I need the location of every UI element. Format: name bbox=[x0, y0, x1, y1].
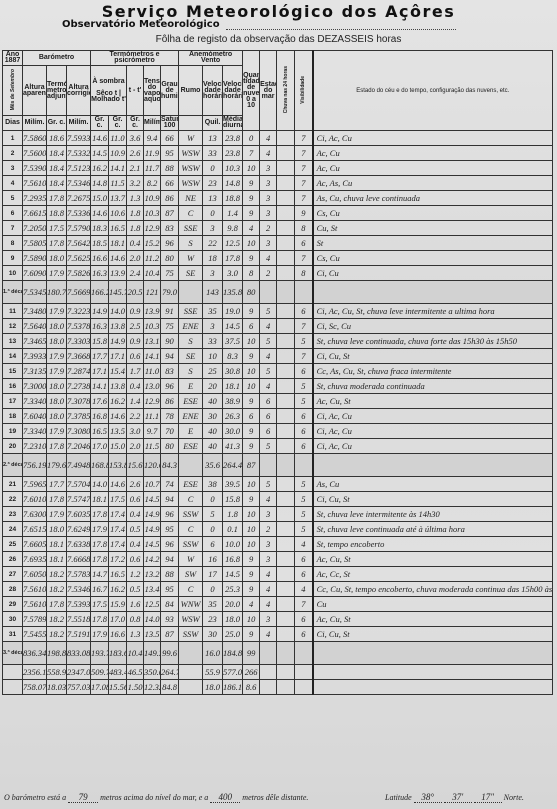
cell-rain bbox=[277, 477, 295, 492]
wind-direction-header: Rumo bbox=[179, 66, 203, 116]
total-cell bbox=[260, 680, 277, 695]
cell-t: 17.9 bbox=[47, 424, 67, 439]
cell-s: 16.2 bbox=[91, 161, 109, 176]
sum-cell bbox=[277, 281, 295, 304]
cell-md: 23.8 bbox=[223, 146, 243, 161]
cell-h: 75 bbox=[161, 319, 179, 334]
cell-s: 17.6 bbox=[91, 394, 109, 409]
cell-m: 14.6 bbox=[109, 477, 127, 492]
cell-md: 25.3 bbox=[223, 582, 243, 597]
total-cell: 2347.0 bbox=[67, 665, 91, 680]
cell-c: 7.5642 bbox=[67, 236, 91, 251]
cell-m: 17.1 bbox=[109, 349, 127, 364]
total-cell: 186.1 bbox=[223, 680, 243, 695]
cell-m: 13.9 bbox=[109, 266, 127, 281]
cell-dt: 3.0 bbox=[127, 424, 144, 439]
cell-r: E bbox=[179, 379, 203, 394]
cell-t: 18.1 bbox=[47, 552, 67, 567]
cell-dt: 2.0 bbox=[127, 251, 144, 266]
cell-v: 11.1 bbox=[144, 409, 161, 424]
cell-h: 94 bbox=[161, 349, 179, 364]
cell-t: 18.0 bbox=[47, 319, 67, 334]
unit-gr: Gr. c. bbox=[47, 116, 67, 131]
cell-h: 74 bbox=[161, 477, 179, 492]
cell-mar: 5 bbox=[260, 364, 277, 379]
sky-remarks: Ci, Ac, Cu bbox=[313, 439, 553, 454]
apparent-height-header: Altura aparente bbox=[23, 66, 47, 116]
day-number: 12 bbox=[3, 319, 23, 334]
cell-n: 0 bbox=[243, 131, 260, 146]
total-cell: 558.9 bbox=[47, 665, 67, 680]
cell-md: 0.1 bbox=[223, 522, 243, 537]
decade-2-summary: 2.ª década756.190179.67.4948.5168.8153.8… bbox=[3, 454, 553, 477]
sky-remarks: Ac, Cu, St bbox=[313, 552, 553, 567]
cell-a: 7.6615 bbox=[23, 206, 47, 221]
cell-n: 10 bbox=[243, 364, 260, 379]
unit-gr: Gr. c. bbox=[109, 116, 127, 131]
cell-vel: 10 bbox=[203, 349, 223, 364]
cell-md: 25.0 bbox=[223, 627, 243, 642]
cell-visibility: 4 bbox=[295, 537, 313, 552]
cell-h: 96 bbox=[161, 507, 179, 522]
cell-rain bbox=[277, 191, 295, 206]
latitude-seconds: 17" bbox=[474, 792, 502, 803]
cell-r: SSE bbox=[179, 304, 203, 319]
cell-mar: 3 bbox=[260, 236, 277, 251]
table-row: 107.609017.97.582616.313.92.410.475SE33.… bbox=[3, 266, 553, 281]
cell-s: 17.0 bbox=[91, 439, 109, 454]
cell-t: 18.4 bbox=[47, 161, 67, 176]
cell-n: 9 bbox=[243, 582, 260, 597]
cell-s: 16.3 bbox=[91, 319, 109, 334]
cell-r: ENE bbox=[179, 409, 203, 424]
cell-c: 7.3223 bbox=[67, 304, 91, 319]
day-number: 31 bbox=[3, 627, 23, 642]
cell-rain bbox=[277, 364, 295, 379]
unit-saturation: Saturação 100 bbox=[161, 116, 179, 131]
cell-s: 14.9 bbox=[91, 304, 109, 319]
cell-v: 14.9 bbox=[144, 507, 161, 522]
cell-v: 8.2 bbox=[144, 176, 161, 191]
cell-a: 7.3933 bbox=[23, 349, 47, 364]
cell-v: 11.0 bbox=[144, 364, 161, 379]
hourly-speed-2-header: Veloci-dade horária bbox=[223, 66, 243, 116]
cell-m: 14.6 bbox=[109, 409, 127, 424]
sky-remarks: Ci, Cu, St bbox=[313, 627, 553, 642]
cell-t: 18.4 bbox=[47, 176, 67, 191]
cell-r: SSW bbox=[179, 507, 203, 522]
cell-visibility: 5 bbox=[295, 477, 313, 492]
sum-cell: 184.8 bbox=[223, 642, 243, 665]
cell-t: 18.0 bbox=[47, 394, 67, 409]
table-row: 207.231017.87.204617.015.02.011.580ESE40… bbox=[3, 439, 553, 454]
sky-remarks: Ac, As, Cu bbox=[313, 176, 553, 191]
cell-vel: 6 bbox=[203, 537, 223, 552]
cell-rain bbox=[277, 552, 295, 567]
cell-mar: 4 bbox=[260, 251, 277, 266]
cell-v: 14.5 bbox=[144, 537, 161, 552]
cell-r: SSW bbox=[179, 537, 203, 552]
table-row: 297.561017.87.539317.515.91.612.584WNW35… bbox=[3, 597, 553, 612]
sum-cell: 20.5 bbox=[127, 281, 144, 304]
cell-s: 14.0 bbox=[91, 477, 109, 492]
sum-cell: 166.2 bbox=[91, 281, 109, 304]
cell-vel: 0 bbox=[203, 522, 223, 537]
sum-cell: 153.8 bbox=[109, 454, 127, 477]
cell-vel: 3 bbox=[203, 221, 223, 236]
cell-h: 87 bbox=[161, 206, 179, 221]
cell-a: 7.2935 bbox=[23, 191, 47, 206]
total-cell: 2356.1 bbox=[23, 665, 47, 680]
cell-mar: 3 bbox=[260, 507, 277, 522]
cell-md: 10.0 bbox=[223, 537, 243, 552]
cell-mar: 4 bbox=[260, 379, 277, 394]
cell-t: 18.0 bbox=[47, 379, 67, 394]
observation-sheet: Serviço Meteorológico dos Açôres Observa… bbox=[0, 0, 557, 809]
cell-a: 7.5390 bbox=[23, 161, 47, 176]
altitude-value: 79 bbox=[68, 792, 98, 803]
cell-dt: 1.6 bbox=[127, 597, 144, 612]
table-row: 197.334017.97.308016.513.53.09.770E4030.… bbox=[3, 424, 553, 439]
total-cell: 55.9 bbox=[203, 665, 223, 680]
cell-visibility: 5 bbox=[295, 522, 313, 537]
cell-vel: 23 bbox=[203, 612, 223, 627]
total-remarks bbox=[313, 665, 553, 680]
barometer-location-note: O barómetro está a 79 metros acima do ní… bbox=[4, 792, 308, 803]
cell-r: E bbox=[179, 424, 203, 439]
cell-dt: 2.0 bbox=[127, 439, 144, 454]
sum-cell: 193.7 bbox=[91, 642, 109, 665]
cell-a: 7.5640 bbox=[23, 319, 47, 334]
cell-vel: 40 bbox=[203, 424, 223, 439]
cell-n: 9 bbox=[243, 394, 260, 409]
barometer-header: Barómetro bbox=[23, 51, 91, 66]
cell-md: 18.0 bbox=[223, 612, 243, 627]
cell-visibility: 7 bbox=[295, 319, 313, 334]
cell-h: 96 bbox=[161, 379, 179, 394]
cell-a: 7.3135 bbox=[23, 364, 47, 379]
cell-visibility: 7 bbox=[295, 251, 313, 266]
cell-visibility: 7 bbox=[295, 597, 313, 612]
cell-vel: 30 bbox=[203, 627, 223, 642]
cell-v: 11.7 bbox=[144, 161, 161, 176]
cell-md: 16.8 bbox=[223, 552, 243, 567]
cell-vel: 5 bbox=[203, 507, 223, 522]
cell-visibility: 6 bbox=[295, 409, 313, 424]
table-row: 257.660518.17.633817.817.40.414.596SSW61… bbox=[3, 537, 553, 552]
sky-remarks: St, chuva leve intermitente às 14h30 bbox=[313, 507, 553, 522]
cell-dt: 2.5 bbox=[127, 319, 144, 334]
table-row: 227.601017.87.574718.117.50.614.594C015.… bbox=[3, 492, 553, 507]
day-number: 14 bbox=[3, 349, 23, 364]
cell-dt: 1.8 bbox=[127, 221, 144, 236]
cell-md: 14.5 bbox=[223, 567, 243, 582]
cell-h: 94 bbox=[161, 492, 179, 507]
cell-md: 14.8 bbox=[223, 176, 243, 191]
cell-v: 13.2 bbox=[144, 567, 161, 582]
cell-r: S bbox=[179, 236, 203, 251]
cell-v: 10.3 bbox=[144, 319, 161, 334]
cell-a: 7.6605 bbox=[23, 537, 47, 552]
cell-n: 6 bbox=[243, 409, 260, 424]
cell-mar: 4 bbox=[260, 597, 277, 612]
cell-vel: 38 bbox=[203, 477, 223, 492]
cell-s: 17.8 bbox=[91, 552, 109, 567]
cell-md: 30.8 bbox=[223, 364, 243, 379]
cell-mar: 4 bbox=[260, 349, 277, 364]
cell-m: 17.5 bbox=[109, 492, 127, 507]
cell-md: 17.8 bbox=[223, 251, 243, 266]
sky-remarks: Ci, Ac, Cu bbox=[313, 409, 553, 424]
cell-vel: 33 bbox=[203, 334, 223, 349]
cell-vel: 30 bbox=[203, 409, 223, 424]
cell-v: 12.5 bbox=[144, 597, 161, 612]
cell-vel: 13 bbox=[203, 191, 223, 206]
cell-c: 7.2046 bbox=[67, 439, 91, 454]
cell-h: 95 bbox=[161, 146, 179, 161]
cell-m: 10.6 bbox=[109, 206, 127, 221]
cell-m: 14.6 bbox=[109, 251, 127, 266]
day-number: 1 bbox=[3, 131, 23, 146]
cell-r: C bbox=[179, 522, 203, 537]
cell-m: 15.9 bbox=[109, 597, 127, 612]
cell-m: 16.6 bbox=[109, 627, 127, 642]
cell-md: 23.8 bbox=[223, 131, 243, 146]
sky-remarks: Ci, Cu bbox=[313, 266, 553, 281]
sum-cell: 84.3 bbox=[161, 454, 179, 477]
cell-vel: 20 bbox=[203, 379, 223, 394]
cell-c: 7.3080 bbox=[67, 424, 91, 439]
year-header: Ano1887 bbox=[3, 51, 23, 66]
cell-c: 7.5625 bbox=[67, 251, 91, 266]
cell-a: 7.6300 bbox=[23, 507, 47, 522]
day-number: 13 bbox=[3, 334, 23, 349]
cell-m: 17.2 bbox=[109, 552, 127, 567]
table-row: 27.560018.47.533214.510.92.611.995WSW332… bbox=[3, 146, 553, 161]
cell-t: 18.8 bbox=[47, 206, 67, 221]
cell-visibility: 5 bbox=[295, 379, 313, 394]
decade-label: 2.ª década bbox=[3, 454, 23, 477]
cell-n: 6 bbox=[243, 319, 260, 334]
unit-gr: Gr. c. bbox=[91, 116, 109, 131]
cell-h: 66 bbox=[161, 176, 179, 191]
sky-remarks: Cu bbox=[313, 597, 553, 612]
cell-rain bbox=[277, 567, 295, 582]
sum-cell bbox=[295, 281, 313, 304]
table-row: 77.205017.57.579018.316.51.812.983SSE39.… bbox=[3, 221, 553, 236]
cell-t: 18.0 bbox=[47, 522, 67, 537]
cell-a: 7.5860 bbox=[23, 131, 47, 146]
cell-s: 16.3 bbox=[91, 266, 109, 281]
cell-c: 7.5346 bbox=[67, 176, 91, 191]
cell-mar: 5 bbox=[260, 334, 277, 349]
cell-v: 13.9 bbox=[144, 304, 161, 319]
cell-v: 14.9 bbox=[144, 522, 161, 537]
cell-m: 10.9 bbox=[109, 146, 127, 161]
day-number: 2 bbox=[3, 146, 23, 161]
table-row: 217.596517.77.570414.014.62.610.774ESE38… bbox=[3, 477, 553, 492]
cell-rain bbox=[277, 221, 295, 236]
month-total-row: 2356.1558.92347.0509.7483.446.5350.0264.… bbox=[3, 665, 553, 680]
cell-dt: 0.4 bbox=[127, 236, 144, 251]
sum-cell: 99.6 bbox=[161, 642, 179, 665]
table-row: 47.561018.47.534614.811.53.28.266WSW2314… bbox=[3, 176, 553, 191]
sum-cell: 756.190 bbox=[23, 454, 47, 477]
cell-rain bbox=[277, 597, 295, 612]
day-number: 15 bbox=[3, 364, 23, 379]
cell-m: 15.4 bbox=[109, 364, 127, 379]
unit-mm: Milím. bbox=[144, 116, 161, 131]
cell-rain bbox=[277, 251, 295, 266]
cell-h: 84 bbox=[161, 597, 179, 612]
cell-s: 14.6 bbox=[91, 206, 109, 221]
sky-remarks: Ac, Cc, St bbox=[313, 567, 553, 582]
table-row: 67.661518.87.533614.610.61.810.387C01.49… bbox=[3, 206, 553, 221]
cell-c: 7.2874 bbox=[67, 364, 91, 379]
cell-s: 15.8 bbox=[91, 334, 109, 349]
day-number: 18 bbox=[3, 409, 23, 424]
cell-m: 16.2 bbox=[109, 582, 127, 597]
sky-remarks: Cc, Cu, St, tempo encoberto, chuva moder… bbox=[313, 582, 553, 597]
cell-n: 9 bbox=[243, 349, 260, 364]
cell-rain bbox=[277, 537, 295, 552]
cell-r: C bbox=[179, 582, 203, 597]
cell-c: 7.3078 bbox=[67, 394, 91, 409]
sky-remarks: Ci, Sc, Cu bbox=[313, 319, 553, 334]
cell-t: 18.2 bbox=[47, 567, 67, 582]
cell-visibility: 9 bbox=[295, 206, 313, 221]
cell-rain bbox=[277, 627, 295, 642]
sum-remarks bbox=[313, 642, 553, 665]
cell-dt: 3.2 bbox=[127, 176, 144, 191]
cell-s: 14.8 bbox=[91, 176, 109, 191]
cell-r: W bbox=[179, 131, 203, 146]
clouds-header: Quan-tidade de nuvens 0 a 10 bbox=[243, 51, 260, 131]
table-row: 117.348017.97.322314.914.00.913.991SSE35… bbox=[3, 304, 553, 319]
cell-v: 14.1 bbox=[144, 349, 161, 364]
cell-dt: 0.4 bbox=[127, 537, 144, 552]
cell-n: 9 bbox=[243, 567, 260, 582]
table-row: 147.393317.97.366817.717.10.614.194SE108… bbox=[3, 349, 553, 364]
cell-rain bbox=[277, 349, 295, 364]
cell-dt: 0.9 bbox=[127, 334, 144, 349]
cell-vel: 35 bbox=[203, 597, 223, 612]
unit-mm: Milím. bbox=[23, 116, 47, 131]
humidity-header: Grau de humidade bbox=[161, 66, 179, 116]
cell-r: SE bbox=[179, 349, 203, 364]
cell-a: 7.5890 bbox=[23, 251, 47, 266]
cell-vel: 40 bbox=[203, 394, 223, 409]
cell-t: 17.8 bbox=[47, 597, 67, 612]
cell-dt: 1.4 bbox=[127, 394, 144, 409]
total-cell: 8.6 bbox=[243, 680, 260, 695]
cell-h: 96 bbox=[161, 537, 179, 552]
cell-h: 94 bbox=[161, 552, 179, 567]
day-number: 19 bbox=[3, 424, 23, 439]
cell-t: 17.8 bbox=[47, 191, 67, 206]
cell-md: 20.0 bbox=[223, 597, 243, 612]
hourly-speed-header: Veloci-dade horária bbox=[203, 66, 223, 116]
day-number: 22 bbox=[3, 492, 23, 507]
cell-m: 17.4 bbox=[109, 537, 127, 552]
cell-a: 7.3340 bbox=[23, 424, 47, 439]
cell-r: S bbox=[179, 334, 203, 349]
sky-remarks: As, Cu, chuva leve continuada bbox=[313, 191, 553, 206]
cell-a: 7.3000 bbox=[23, 379, 47, 394]
cell-visibility: 6 bbox=[295, 612, 313, 627]
cell-rain bbox=[277, 582, 295, 597]
cell-s: 16.7 bbox=[91, 582, 109, 597]
sky-remarks: Ac, Cu bbox=[313, 161, 553, 176]
latitude-minutes: 37' bbox=[444, 792, 472, 803]
table-row: 187.604018.07.378516.814.62.211.178ENE30… bbox=[3, 409, 553, 424]
sky-remarks: St bbox=[313, 236, 553, 251]
cell-t: 18.0 bbox=[47, 251, 67, 266]
cell-rain bbox=[277, 304, 295, 319]
cell-a: 7.6010 bbox=[23, 492, 47, 507]
table-row: 267.693518.17.666817.817.20.614.294W1616… bbox=[3, 552, 553, 567]
cell-md: 14.5 bbox=[223, 319, 243, 334]
sky-remarks: Ci, Cu, St bbox=[313, 349, 553, 364]
total-cell bbox=[295, 680, 313, 695]
sum-cell: 7.5345 bbox=[23, 281, 47, 304]
cell-a: 7.2310 bbox=[23, 439, 47, 454]
cell-visibility: 6 bbox=[295, 627, 313, 642]
table-row: 307.578918.27.551817.817.00.814.093WSW23… bbox=[3, 612, 553, 627]
cell-t: 17.8 bbox=[47, 439, 67, 454]
cell-vel: 16 bbox=[203, 552, 223, 567]
cell-a: 7.2050 bbox=[23, 221, 47, 236]
day-number: 6 bbox=[3, 206, 23, 221]
total-cell bbox=[277, 680, 295, 695]
cell-h: 80 bbox=[161, 251, 179, 266]
table-row: 87.580517.87.564218.518.10.415.296S2212.… bbox=[3, 236, 553, 251]
cell-n: 9 bbox=[243, 304, 260, 319]
cell-mar: 3 bbox=[260, 191, 277, 206]
cell-s: 17.9 bbox=[91, 522, 109, 537]
visibility-header: Visibilidade bbox=[295, 51, 313, 131]
cell-h: 78 bbox=[161, 409, 179, 424]
cell-visibility: 5 bbox=[295, 334, 313, 349]
cell-mar: 3 bbox=[260, 161, 277, 176]
sum-remarks bbox=[313, 454, 553, 477]
cell-r: ESE bbox=[179, 477, 203, 492]
cell-s: 17.8 bbox=[91, 537, 109, 552]
cell-t: 17.5 bbox=[47, 221, 67, 236]
cell-a: 7.3480 bbox=[23, 304, 47, 319]
cell-r: SSW bbox=[179, 627, 203, 642]
cell-visibility: 5 bbox=[295, 492, 313, 507]
sky-remarks: Cs, Cu bbox=[313, 206, 553, 221]
cell-rain bbox=[277, 492, 295, 507]
cell-dt: 0.5 bbox=[127, 522, 144, 537]
cell-visibility: 7 bbox=[295, 349, 313, 364]
cell-r: WNW bbox=[179, 597, 203, 612]
cell-mar: 2 bbox=[260, 266, 277, 281]
cell-t: 17.9 bbox=[47, 349, 67, 364]
cell-rain bbox=[277, 161, 295, 176]
corrected-height-header: Altura corrigida bbox=[67, 66, 91, 116]
sky-remarks: St, chuva leve continuada até à última h… bbox=[313, 522, 553, 537]
sum-cell bbox=[260, 454, 277, 477]
cell-r: C bbox=[179, 206, 203, 221]
cell-dt: 1.3 bbox=[127, 627, 144, 642]
cell-mar: 3 bbox=[260, 612, 277, 627]
cell-v: 14.5 bbox=[144, 492, 161, 507]
total-remarks bbox=[313, 680, 553, 695]
cell-rain bbox=[277, 507, 295, 522]
cell-n: 10 bbox=[243, 537, 260, 552]
